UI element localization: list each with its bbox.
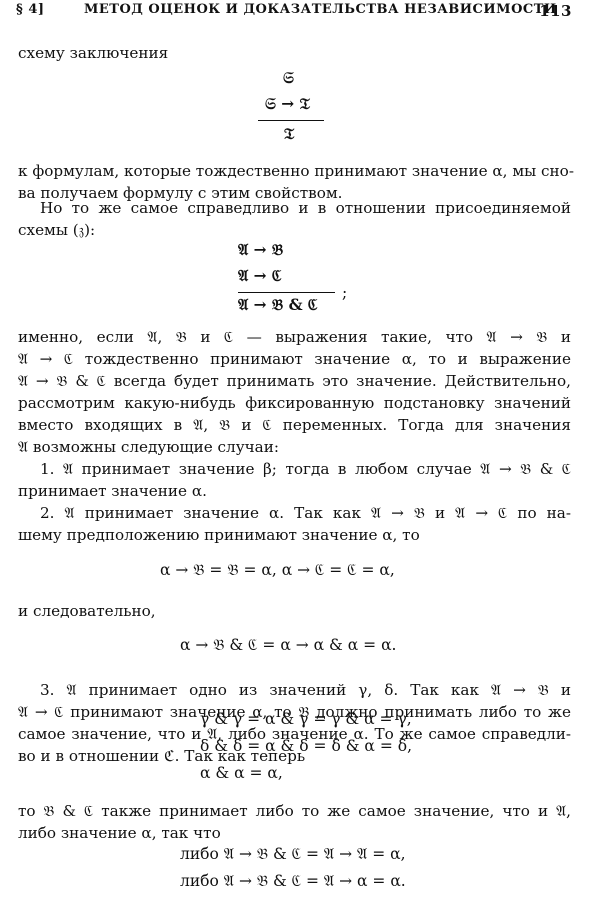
scheme2-semicolon: ; [342,284,347,302]
fraction-bar [258,120,324,121]
equation-2: α → 𝔅 & ℭ = α → α & α = α. [180,636,396,655]
scheme1-conclusion: 𝔗 [284,124,294,144]
equation-3a: γ & γ = α & γ = γ & α = γ, [200,710,412,728]
section-marker: § 4] [16,2,45,17]
equation-4b: либо 𝔄 → 𝔅 & ℭ = 𝔄 → α = α. [180,872,406,891]
running-header: § 4] МЕТОД ОЦЕНОК И ДОКАЗАТЕЛЬСТВА НЕЗАВ… [16,2,572,22]
scheme1-premise2: 𝔖 → 𝔗 [265,94,310,114]
case-2: 2. 𝔄 принимает значение α. Так как 𝔄 → 𝔅… [18,502,571,546]
fraction-bar [238,292,335,293]
page-number: 113 [539,2,572,20]
paragraph-5: и следовательно, [18,600,571,622]
equation-3b: δ & δ = α & δ = δ & α = δ, [200,737,412,755]
equation-3c: α & α = α, [200,764,283,782]
scheme1-premise1: 𝔖 [283,68,294,88]
paragraph-intro: схему заключения [18,42,571,64]
case-1: 1. 𝔄 принимает значение β; тогда в любом… [18,458,571,502]
scheme2-premise1: 𝔄 → 𝔅 [238,240,283,260]
paragraph-6: то 𝔅 & ℭ также принимает либо то же само… [18,800,571,844]
scheme2-conclusion: 𝔄 → 𝔅 & ℭ [238,295,317,315]
equation-1: α → 𝔅 = 𝔅 = α, α → ℭ = ℭ = α, [160,561,395,580]
equation-4a: либо 𝔄 → 𝔅 & ℭ = 𝔄 → 𝔄 = α, [180,845,406,864]
chapter-title: МЕТОД ОЦЕНОК И ДОКАЗАТЕЛЬСТВА НЕЗАВИСИМО… [84,2,557,17]
book-page: § 4] МЕТОД ОЦЕНОК И ДОКАЗАТЕЛЬСТВА НЕЗАВ… [0,0,590,900]
paragraph-4: именно, если 𝔄, 𝔅 и ℭ — выражения такие,… [18,326,571,458]
paragraph-3: Но то же самое справедливо и в отношении… [18,197,571,241]
scheme2-premise2: 𝔄 → ℭ [238,266,281,286]
